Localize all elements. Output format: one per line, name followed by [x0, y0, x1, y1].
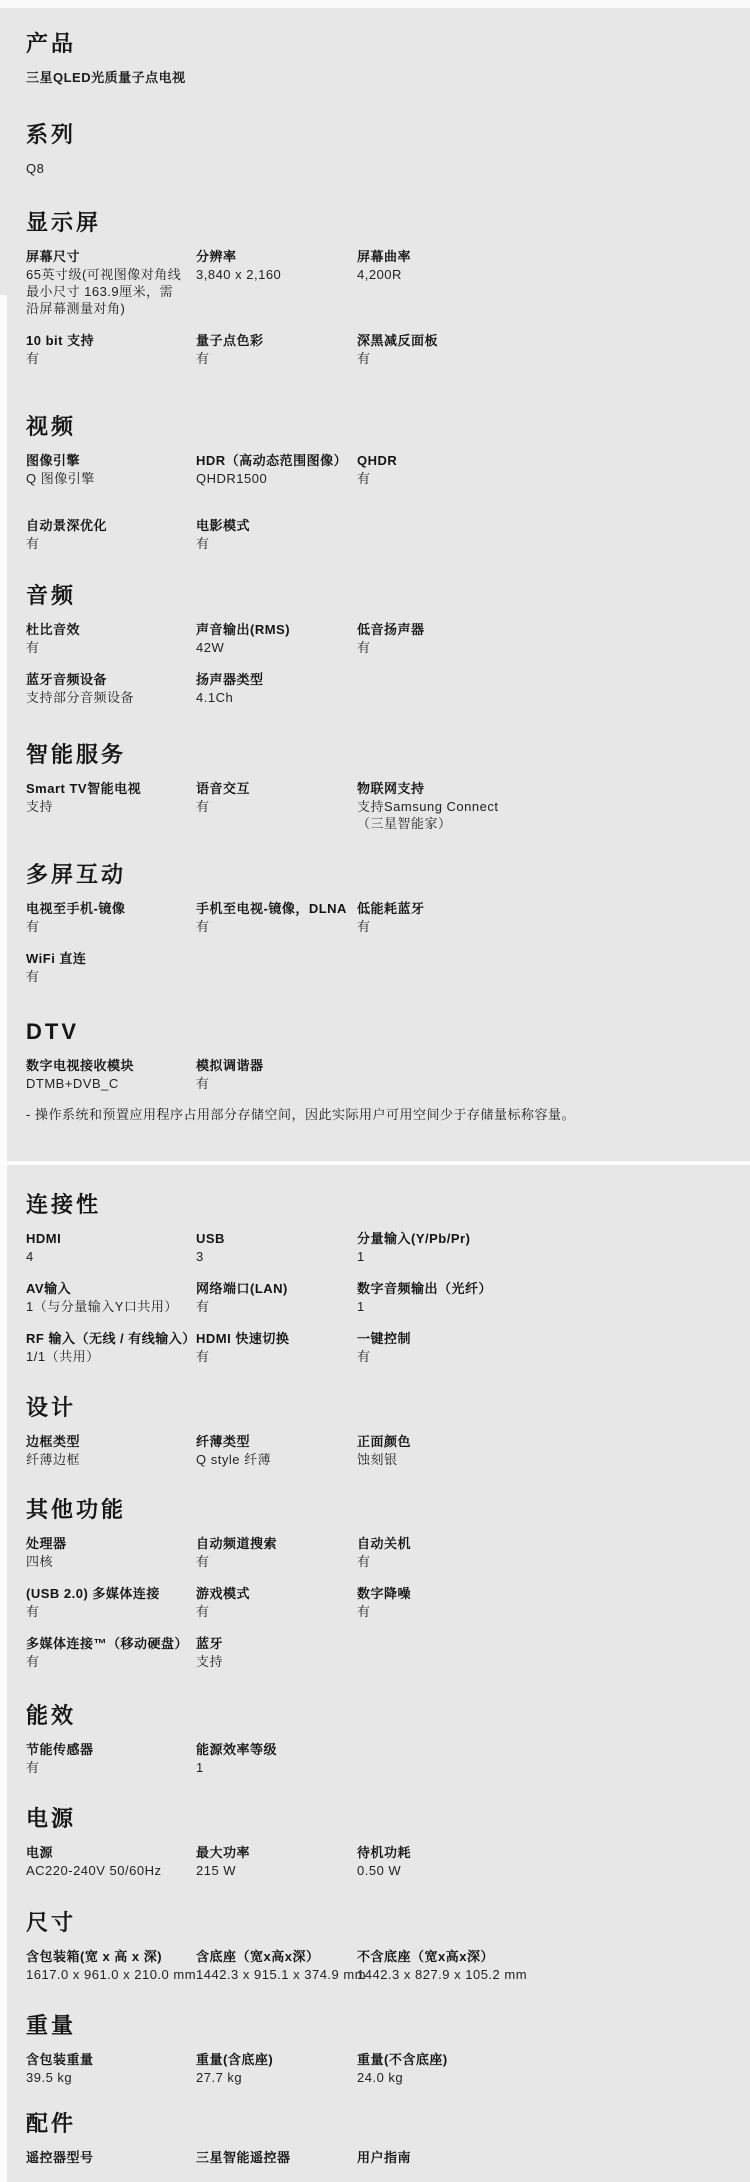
- spec-label: 自动关机: [357, 1535, 411, 1552]
- spec-value: 有: [196, 798, 210, 815]
- spec-label: 遥控器型号: [26, 2149, 94, 2166]
- spec-value: 39.5 kg: [26, 2069, 72, 2086]
- spec-label: 低音扬声器: [357, 621, 425, 638]
- spec-label: 游戏模式: [196, 1585, 250, 1602]
- section-title: 系列: [26, 124, 722, 146]
- spec-label: 屏幕尺寸: [26, 248, 80, 265]
- spec-grid: 遥控器型号三星智能遥控器用户指南: [26, 2149, 722, 2166]
- spec-cell: 10 bit 支持有: [26, 332, 196, 367]
- section-power: 电源电源AC220-240V 50/60Hz最大功率215 W待机功耗0.50 …: [0, 1808, 750, 1879]
- spec-cell: 电影模式有: [196, 517, 357, 552]
- spec-cell: 声音输出(RMS)42W: [196, 621, 357, 656]
- spec-grid: 数字电视接收模块DTMB+DVB_C模拟调谐器有: [26, 1057, 722, 1092]
- section-accessories: 配件遥控器型号三星智能遥控器用户指南: [0, 2113, 750, 2166]
- spec-value: 1442.3 x 915.1 x 374.9 mm: [196, 1966, 366, 1983]
- spec-cell: 多媒体连接™（移动硬盘）有: [26, 1635, 196, 1670]
- spec-label: 电影模式: [196, 517, 250, 534]
- spec-grid: 屏幕尺寸65英寸级(可视图像对角线 最小尺寸 163.9厘米，需 沿屏幕测量对角…: [26, 248, 722, 367]
- spec-cell: 网络端口(LAN)有: [196, 1280, 357, 1315]
- spec-label: 模拟调谐器: [196, 1057, 264, 1074]
- spec-value: 有: [357, 1348, 371, 1365]
- spec-cell: 数字音频输出（光纤）1: [357, 1280, 722, 1315]
- spec-label: 量子点色彩: [196, 332, 264, 349]
- spec-label: 不含底座（宽x高x深）: [357, 1948, 494, 1965]
- spec-cell: 不含底座（宽x高x深）1442.3 x 827.9 x 105.2 mm: [357, 1948, 722, 1983]
- spec-cell: 游戏模式有: [196, 1585, 357, 1620]
- spec-cell: HDMI4: [26, 1230, 196, 1265]
- spec-label: 电视至手机-镜像: [26, 900, 125, 917]
- spec-value: 1（与分量输入Y口共用）: [26, 1298, 178, 1315]
- spec-cell: 深黑减反面板有: [357, 332, 722, 367]
- spec-value: 4.1Ch: [196, 689, 233, 706]
- section-title: 能效: [26, 1705, 722, 1727]
- spec-cell: 图像引擎Q 图像引擎: [26, 452, 196, 487]
- spec-label: AV输入: [26, 1280, 71, 1297]
- spec-cell: 一键控制有: [357, 1330, 722, 1365]
- section-product: 产品三星QLED光质量子点电视: [0, 33, 750, 86]
- spec-label: 数字降噪: [357, 1585, 411, 1602]
- spec-cell: AV输入1（与分量输入Y口共用）: [26, 1280, 196, 1315]
- section-title: 智能服务: [26, 744, 722, 766]
- spec-cell: 三星智能遥控器: [196, 2149, 357, 2166]
- spec-cell: 扬声器类型4.1Ch: [196, 671, 357, 706]
- spec-grid: HDMI4USB3分量输入(Y/Pb/Pr)1AV输入1（与分量输入Y口共用）网…: [26, 1230, 722, 1365]
- spec-cell: [357, 950, 722, 985]
- spec-label: 正面颜色: [357, 1433, 411, 1450]
- spec-label: 纤薄类型: [196, 1433, 250, 1450]
- section-title: 显示屏: [26, 212, 722, 234]
- spec-label: 待机功耗: [357, 1844, 411, 1861]
- spec-grid: 含包装重量39.5 kg重量(含底座)27.7 kg重量(不含底座)24.0 k…: [26, 2051, 722, 2086]
- section-display: 显示屏屏幕尺寸65英寸级(可视图像对角线 最小尺寸 163.9厘米，需 沿屏幕测…: [0, 212, 750, 367]
- spec-value: 有: [26, 350, 40, 367]
- spec-value: 有: [357, 1603, 371, 1620]
- spec-value: QHDR1500: [196, 470, 267, 487]
- spec-label: 节能传感器: [26, 1741, 94, 1758]
- section-design: 设计边框类型纤薄边框纤薄类型Q style 纤薄正面颜色蚀刻银: [0, 1397, 750, 1468]
- section-title: 多屏互动: [26, 864, 722, 886]
- spec-cell: 含包装重量39.5 kg: [26, 2051, 196, 2086]
- spec-label: 语音交互: [196, 780, 250, 797]
- section-video: 视频图像引擎Q 图像引擎HDR（高动态范围图像）QHDR1500QHDR有自动景…: [0, 416, 750, 552]
- spec-value: 有: [26, 1759, 40, 1776]
- spec-grid: 图像引擎Q 图像引擎HDR（高动态范围图像）QHDR1500QHDR有自动景深优…: [26, 452, 722, 552]
- section-multiscreen: 多屏互动电视至手机-镜像有手机至电视-镜像，DLNA有低能耗蓝牙有WiFi 直连…: [0, 864, 750, 985]
- spec-value: Q 图像引擎: [26, 470, 95, 487]
- spec-label: 深黑减反面板: [357, 332, 438, 349]
- spec-cell: WiFi 直连有: [26, 950, 196, 985]
- spec-cell: 正面颜色蚀刻银: [357, 1433, 722, 1468]
- spec-label: 10 bit 支持: [26, 332, 94, 349]
- spec-value: 1: [196, 1759, 204, 1776]
- spec-value: 支持: [196, 1653, 223, 1670]
- section-other: 其他功能处理器四核自动频道搜索有自动关机有(USB 2.0) 多媒体连接有游戏模…: [0, 1499, 750, 1670]
- spec-label: 含包装箱(宽 x 高 x 深): [26, 1948, 162, 1965]
- spec-value: 蚀刻银: [357, 1451, 398, 1468]
- section-connectivity: 连接性HDMI4USB3分量输入(Y/Pb/Pr)1AV输入1（与分量输入Y口共…: [0, 1194, 750, 1365]
- section-audio: 音频杜比音效有声音输出(RMS)42W低音扬声器有蓝牙音频设备支持部分音频设备扬…: [0, 585, 750, 706]
- spec-cell: (USB 2.0) 多媒体连接有: [26, 1585, 196, 1620]
- section-text: 三星QLED光质量子点电视: [26, 69, 722, 86]
- section-title: 连接性: [26, 1194, 722, 1216]
- spec-label: 物联网支持: [357, 780, 425, 797]
- spec-cell: USB3: [196, 1230, 357, 1265]
- section-dtv: DTV数字电视接收模块DTMB+DVB_C模拟调谐器有- 操作系统和预置应用程序…: [0, 1021, 750, 1123]
- spec-cell: 分量输入(Y/Pb/Pr)1: [357, 1230, 722, 1265]
- spec-value: 4,200R: [357, 266, 402, 283]
- spec-label: 蓝牙: [196, 1635, 223, 1652]
- spec-cell: 数字降噪有: [357, 1585, 722, 1620]
- spec-grid: Smart TV智能电视支持语音交互有物联网支持支持Samsung Connec…: [26, 780, 722, 832]
- spec-value: 1: [357, 1248, 365, 1265]
- section-title: 音频: [26, 585, 722, 607]
- spec-label: 网络端口(LAN): [196, 1280, 288, 1297]
- spec-label: 电源: [26, 1844, 53, 1861]
- spec-value: 24.0 kg: [357, 2069, 403, 2086]
- spec-cell: 语音交互有: [196, 780, 357, 832]
- spec-label: WiFi 直连: [26, 950, 86, 967]
- spec-value: 3,840 x 2,160: [196, 266, 281, 283]
- spec-cell: 电源AC220-240V 50/60Hz: [26, 1844, 196, 1879]
- spec-value: 有: [196, 535, 210, 552]
- spec-cell: RF 输入（无线 / 有线输入）1/1（共用）: [26, 1330, 196, 1365]
- spec-value: 有: [196, 1603, 210, 1620]
- spec-cell: 边框类型纤薄边框: [26, 1433, 196, 1468]
- spec-cell: 重量(含底座)27.7 kg: [196, 2051, 357, 2086]
- section-title: 其他功能: [26, 1499, 722, 1521]
- spec-cell: 含包装箱(宽 x 高 x 深)1617.0 x 961.0 x 210.0 mm: [26, 1948, 196, 1983]
- spec-value: 1/1（共用）: [26, 1348, 100, 1365]
- spec-value: Q style 纤薄: [196, 1451, 271, 1468]
- spec-value: 有: [196, 1553, 210, 1570]
- spec-value: 有: [196, 1075, 210, 1092]
- spec-cell: [357, 517, 722, 552]
- spec-label: RF 输入（无线 / 有线输入）: [26, 1330, 196, 1347]
- spec-cell: 纤薄类型Q style 纤薄: [196, 1433, 357, 1468]
- section-title: 重量: [26, 2015, 722, 2037]
- spec-value: 有: [357, 918, 371, 935]
- spec-label: 杜比音效: [26, 621, 80, 638]
- spec-value: 215 W: [196, 1862, 236, 1879]
- spec-label: 处理器: [26, 1535, 67, 1552]
- spec-label: 重量(不含底座): [357, 2051, 448, 2068]
- spec-cell: 电视至手机-镜像有: [26, 900, 196, 935]
- spec-value: 有: [26, 535, 40, 552]
- spec-value: DTMB+DVB_C: [26, 1075, 119, 1092]
- spec-grid: 电源AC220-240V 50/60Hz最大功率215 W待机功耗0.50 W: [26, 1844, 722, 1879]
- spec-label: 三星智能遥控器: [196, 2149, 291, 2166]
- spec-cell: 手机至电视-镜像，DLNA有: [196, 900, 357, 935]
- spec-label: 图像引擎: [26, 452, 80, 469]
- spec-value: 有: [196, 350, 210, 367]
- spec-grid: 处理器四核自动频道搜索有自动关机有(USB 2.0) 多媒体连接有游戏模式有数字…: [26, 1535, 722, 1670]
- spec-value: 有: [357, 1553, 371, 1570]
- spec-cell: 用户指南: [357, 2149, 722, 2166]
- spec-label: 一键控制: [357, 1330, 411, 1347]
- spec-cell: 重量(不含底座)24.0 kg: [357, 2051, 722, 2086]
- section-dimensions: 尺寸含包装箱(宽 x 高 x 深)1617.0 x 961.0 x 210.0 …: [0, 1912, 750, 1983]
- spec-cell: 遥控器型号: [26, 2149, 196, 2166]
- spec-cell: 待机功耗0.50 W: [357, 1844, 722, 1879]
- spec-value: 65英寸级(可视图像对角线 最小尺寸 163.9厘米，需 沿屏幕测量对角): [26, 266, 181, 317]
- spec-label: 屏幕曲率: [357, 248, 411, 265]
- spec-cell: 屏幕尺寸65英寸级(可视图像对角线 最小尺寸 163.9厘米，需 沿屏幕测量对角…: [26, 248, 196, 317]
- spec-value: 有: [26, 968, 40, 985]
- spec-page: 产品三星QLED光质量子点电视系列Q8显示屏屏幕尺寸65英寸级(可视图像对角线 …: [0, 0, 750, 2182]
- spec-grid: 边框类型纤薄边框纤薄类型Q style 纤薄正面颜色蚀刻银: [26, 1433, 722, 1468]
- spec-value: 有: [26, 639, 40, 656]
- spec-label: 自动景深优化: [26, 517, 107, 534]
- spec-cell: 自动关机有: [357, 1535, 722, 1570]
- section-text: Q8: [26, 160, 722, 177]
- spec-label: 分辨率: [196, 248, 237, 265]
- spec-label: 含底座（宽x高x深）: [196, 1948, 319, 1965]
- spec-value: 支持: [26, 798, 53, 815]
- spec-label: 数字音频输出（光纤）: [357, 1280, 492, 1297]
- section-smart: 智能服务Smart TV智能电视支持语音交互有物联网支持支持Samsung Co…: [0, 744, 750, 832]
- spec-cell: [196, 950, 357, 985]
- section-weight: 重量含包装重量39.5 kg重量(含底座)27.7 kg重量(不含底座)24.0…: [0, 2015, 750, 2086]
- spec-cell: 能源效率等级1: [196, 1741, 357, 1776]
- spec-label: 数字电视接收模块: [26, 1057, 134, 1074]
- section-title: 尺寸: [26, 1912, 722, 1934]
- spec-label: 自动频道搜索: [196, 1535, 277, 1552]
- spec-value: 支持Samsung Connect （三星智能家）: [357, 798, 498, 832]
- spec-label: Smart TV智能电视: [26, 780, 141, 797]
- spec-value: 有: [26, 918, 40, 935]
- spec-cell: [357, 1741, 722, 1776]
- spec-cell: 最大功率215 W: [196, 1844, 357, 1879]
- section-title: 设计: [26, 1397, 722, 1419]
- spec-value: 1442.3 x 827.9 x 105.2 mm: [357, 1966, 527, 1983]
- spec-cell: 物联网支持支持Samsung Connect （三星智能家）: [357, 780, 722, 832]
- spec-value: 有: [196, 918, 210, 935]
- spec-label: 用户指南: [357, 2149, 411, 2166]
- spec-cell: 屏幕曲率4,200R: [357, 248, 722, 317]
- spec-label: HDMI 快速切换: [196, 1330, 289, 1347]
- spec-label: 含包装重量: [26, 2051, 94, 2068]
- spec-cell: HDMI 快速切换有: [196, 1330, 357, 1365]
- spec-label: HDR（高动态范围图像）: [196, 452, 347, 469]
- section-divider: [0, 1161, 750, 1165]
- spec-cell: 杜比音效有: [26, 621, 196, 656]
- spec-value: 0.50 W: [357, 1862, 401, 1879]
- spec-value: 支持部分音频设备: [26, 689, 134, 706]
- spec-cell: [357, 1057, 722, 1092]
- spec-value: 4: [26, 1248, 34, 1265]
- spec-value: 42W: [196, 639, 224, 656]
- spec-value: 有: [196, 1298, 210, 1315]
- spec-cell: 低能耗蓝牙有: [357, 900, 722, 935]
- spec-label: 能源效率等级: [196, 1741, 277, 1758]
- spec-cell: [357, 1635, 722, 1670]
- spec-cell: 模拟调谐器有: [196, 1057, 357, 1092]
- spec-cell: 节能传感器有: [26, 1741, 196, 1776]
- spec-label: HDMI: [26, 1230, 61, 1247]
- spec-cell: 低音扬声器有: [357, 621, 722, 656]
- section-title: 视频: [26, 416, 722, 438]
- spec-cell: QHDR有: [357, 452, 722, 487]
- spec-label: 手机至电视-镜像，DLNA: [196, 900, 347, 917]
- section-title: 配件: [26, 2113, 722, 2135]
- spec-cell: [357, 671, 722, 706]
- spec-value: 1: [357, 1298, 365, 1315]
- spec-value: 3: [196, 1248, 204, 1265]
- spec-value: 有: [196, 1348, 210, 1365]
- spec-value: 有: [357, 639, 371, 656]
- section-title: DTV: [26, 1021, 722, 1043]
- spec-label: QHDR: [357, 452, 397, 469]
- page-top-divider: [0, 0, 750, 8]
- spec-grid: 含包装箱(宽 x 高 x 深)1617.0 x 961.0 x 210.0 mm…: [26, 1948, 722, 1983]
- spec-cell: 处理器四核: [26, 1535, 196, 1570]
- spec-label: 重量(含底座): [196, 2051, 273, 2068]
- spec-cell: 自动景深优化有: [26, 517, 196, 552]
- spec-value: 有: [26, 1653, 40, 1670]
- spec-value: 纤薄边框: [26, 1451, 80, 1468]
- section-title: 产品: [26, 33, 722, 55]
- spec-cell: 自动频道搜索有: [196, 1535, 357, 1570]
- spec-value: AC220-240V 50/60Hz: [26, 1862, 161, 1879]
- storage-footnote: - 操作系统和预置应用程序占用部分存储空间，因此实际用户可用空间少于存储量标称容…: [26, 1106, 722, 1123]
- section-title: 电源: [26, 1808, 722, 1830]
- spec-grid: 杜比音效有声音输出(RMS)42W低音扬声器有蓝牙音频设备支持部分音频设备扬声器…: [26, 621, 722, 706]
- spec-label: 边框类型: [26, 1433, 80, 1450]
- spec-cell: 蓝牙音频设备支持部分音频设备: [26, 671, 196, 706]
- spec-cell: 分辨率3,840 x 2,160: [196, 248, 357, 317]
- spec-cell: 含底座（宽x高x深）1442.3 x 915.1 x 374.9 mm: [196, 1948, 357, 1983]
- spec-label: 多媒体连接™（移动硬盘）: [26, 1635, 188, 1652]
- spec-label: 声音输出(RMS): [196, 621, 290, 638]
- section-energy: 能效节能传感器有能源效率等级1: [0, 1705, 750, 1776]
- spec-label: 分量输入(Y/Pb/Pr): [357, 1230, 470, 1247]
- spec-value: 1617.0 x 961.0 x 210.0 mm: [26, 1966, 196, 1983]
- spec-cell: 数字电视接收模块DTMB+DVB_C: [26, 1057, 196, 1092]
- spec-value: 有: [357, 350, 371, 367]
- spec-cell: HDR（高动态范围图像）QHDR1500: [196, 452, 357, 487]
- spec-label: 低能耗蓝牙: [357, 900, 425, 917]
- spec-value: 有: [357, 470, 371, 487]
- spec-cell: Smart TV智能电视支持: [26, 780, 196, 832]
- spec-value: 27.7 kg: [196, 2069, 242, 2086]
- spec-label: USB: [196, 1230, 225, 1247]
- spec-label: 蓝牙音频设备: [26, 671, 107, 688]
- spec-grid: 电视至手机-镜像有手机至电视-镜像，DLNA有低能耗蓝牙有WiFi 直连有: [26, 900, 722, 985]
- spec-value: 四核: [26, 1553, 53, 1570]
- spec-label: 最大功率: [196, 1844, 250, 1861]
- section-series: 系列Q8: [0, 124, 750, 177]
- spec-grid: 节能传感器有能源效率等级1: [26, 1741, 722, 1776]
- spec-cell: 量子点色彩有: [196, 332, 357, 367]
- spec-label: (USB 2.0) 多媒体连接: [26, 1585, 160, 1602]
- spec-cell: 蓝牙支持: [196, 1635, 357, 1670]
- spec-label: 扬声器类型: [196, 671, 264, 688]
- spec-value: 有: [26, 1603, 40, 1620]
